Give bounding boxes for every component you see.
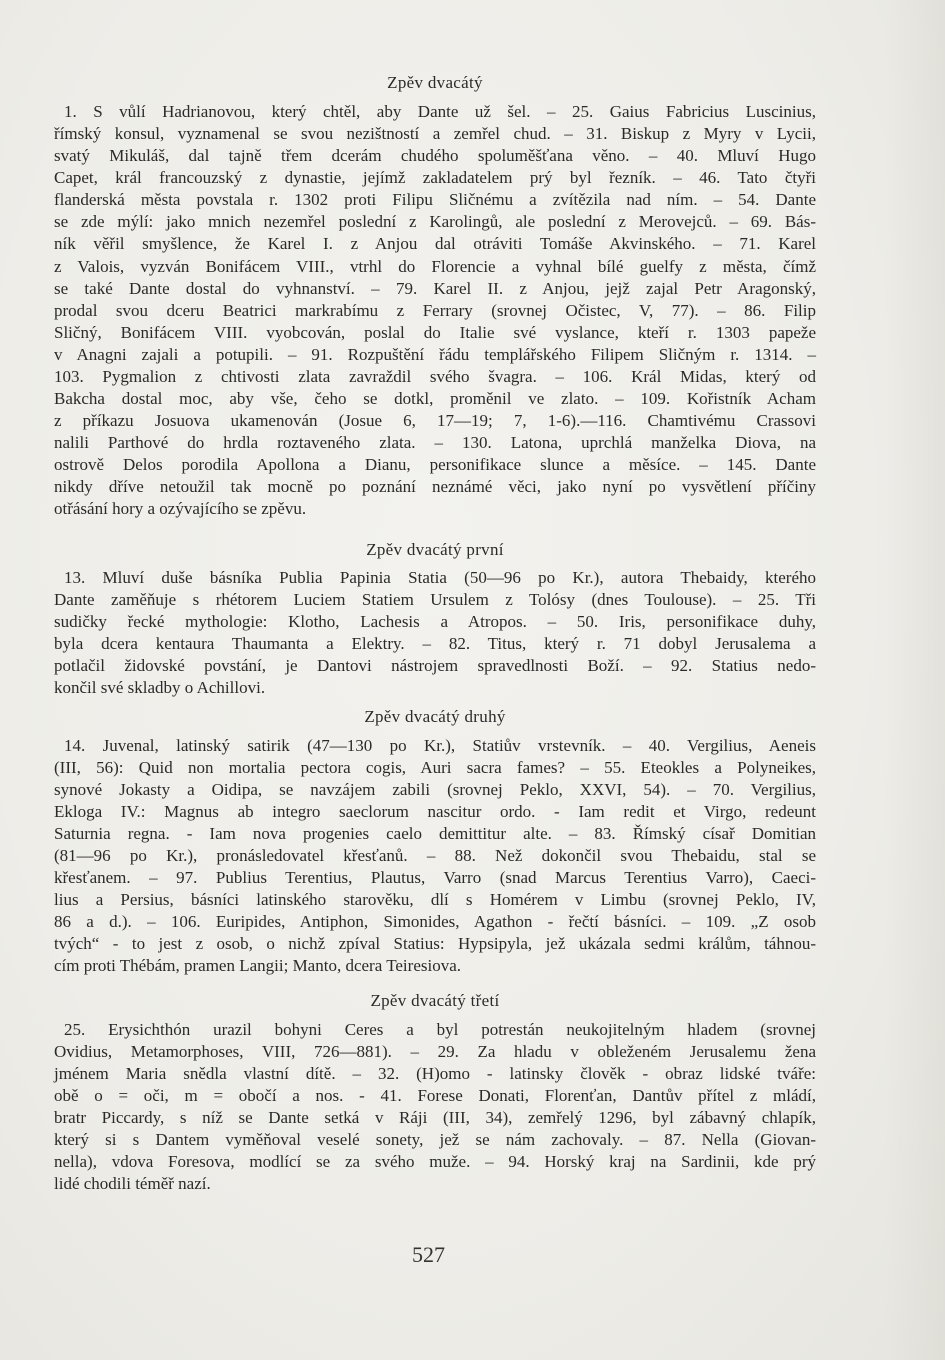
text-line: v Anagni zajali a potupili. – 91. Rozpuš… — [54, 344, 816, 365]
text-line: sudičky řecké mythologie: Klotho, Laches… — [54, 611, 816, 632]
text-line: končil své skladby o Achillovi. — [54, 677, 816, 698]
text-line: byla dcera kentaura Thaumanta a Elektry.… — [54, 633, 816, 654]
text-line: jménem Maria snědla vlastní dítě. – 32. … — [54, 1063, 816, 1084]
text-line: se také Dante dostal do vyhnanství. – 79… — [54, 278, 816, 299]
text-line: 13. Mluví duše básníka Publia Papinia St… — [54, 567, 816, 588]
section-heading: Zpěv dvacátý — [54, 73, 816, 93]
text-line: křesťanem. – 97. Publius Terentius, Plau… — [54, 867, 816, 888]
text-line: ostrově Delos porodila Apollona a Dianu,… — [54, 454, 816, 475]
text-line: z příkazu Josuova ukamenován (Josue 6, 1… — [54, 410, 816, 431]
text-line: Bakcha dostal moc, aby vše, čeho se dotk… — [54, 388, 816, 409]
text-line: se zde mýlí: jako mnich nezemřel posledn… — [54, 211, 816, 232]
text-line: (81—96 po Kr.), pronásledovatel křesťanů… — [54, 845, 816, 866]
text-line: nalili Parthové do hrdla roztaveného zla… — [54, 432, 816, 453]
text-line: synové Jokasty a Oidipa, se navzájem zab… — [54, 779, 816, 800]
text-line: 86 a d.). – 106. Euripides, Antiphon, Si… — [54, 911, 816, 932]
text-line: flanderská města povstala r. 1302 proti … — [54, 189, 816, 210]
text-line: lidé chodili téměř nazí. — [54, 1173, 816, 1194]
text-line: nella), vdova Foresova, modlící se za sv… — [54, 1151, 816, 1172]
text-line: otřásání hory a ozývajícího se zpěvu. — [54, 498, 816, 519]
text-line: Ovidius, Metamorphoses, VIII, 726—881). … — [54, 1041, 816, 1062]
text-line: 14. Juvenal, latinský satirik (47—130 po… — [54, 735, 816, 756]
section-heading: Zpěv dvacátý první — [54, 540, 816, 560]
text-line: Sličný, Bonifácem VIII. vyobcován, posla… — [54, 322, 816, 343]
text-line: potlačil židovské povstání, je Dantovi n… — [54, 655, 816, 676]
text-line: římský konsul, vyznamenal se svou nezišt… — [54, 123, 816, 144]
page-number: 527 — [412, 1242, 445, 1268]
text-line: tvých“ - to jest z osob, o nichž zpíval … — [54, 933, 816, 954]
text-line: Saturnia regna. - Iam nova progenies cae… — [54, 823, 816, 844]
text-line: Ekloga IV.: Magnus ab integro saeclorum … — [54, 801, 816, 822]
section-heading: Zpěv dvacátý třetí — [54, 991, 816, 1011]
text-line: nikdy dříve netoužil tak mocně po poznán… — [54, 476, 816, 497]
text-line: cím proti Thébám, pramen Langii; Manto, … — [54, 955, 816, 976]
text-line: prodal svou dceru Beatrici markrabímu z … — [54, 300, 816, 321]
text-line: lius a Persius, básníci latinského staro… — [54, 889, 816, 910]
text-line: z Valois, vyzván Bonifácem VIII., vtrhl … — [54, 256, 816, 277]
text-line: 103. Pygmalion z chtivosti zlata zavražd… — [54, 366, 816, 387]
book-page: Zpěv dvacátý 1. S vůlí Hadrianovou, kter… — [0, 0, 945, 1360]
text-line: obě o = oči, m = obočí a nos. - 41. Fore… — [54, 1085, 816, 1106]
text-line: 25. Erysichthón urazil bohyni Ceres a by… — [54, 1019, 816, 1040]
text-line: svatý Mikuláš, dal tajně třem dcerám chu… — [54, 145, 816, 166]
text-line: bratr Piccardy, s níž se Dante setká v R… — [54, 1107, 816, 1128]
text-line: (III, 56): Quid non mortalia pectora cog… — [54, 757, 816, 778]
text-line: Dante zaměňuje s rhétorem Luciem Statiem… — [54, 589, 816, 610]
section-heading: Zpěv dvacátý druhý — [54, 707, 816, 727]
text-line: který si s Dantem vyměňoval veselé sonet… — [54, 1129, 816, 1150]
text-line: 1. S vůlí Hadrianovou, který chtěl, aby … — [54, 101, 816, 122]
page-shadow — [885, 0, 945, 1360]
text-line: Capet, král francouzský z dynastie, její… — [54, 167, 816, 188]
text-line: ník věřil smyšlence, že Karel I. z Anjou… — [54, 233, 816, 254]
